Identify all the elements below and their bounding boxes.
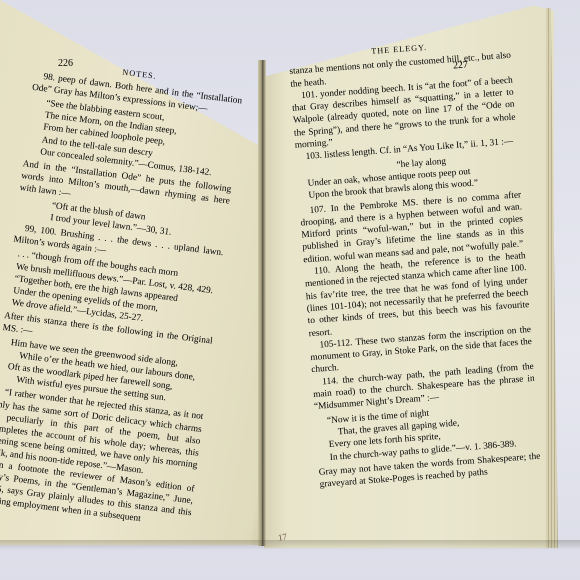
open-book: 226 227 NOTES. 98. peep of dawn. Both he… (0, 0, 580, 580)
right-page-text: THE ELEGY. stanza he mentions not only t… (288, 36, 542, 491)
book-shadow (0, 540, 580, 550)
pencil-mark: 17 (277, 531, 288, 542)
book-gutter (258, 60, 266, 546)
